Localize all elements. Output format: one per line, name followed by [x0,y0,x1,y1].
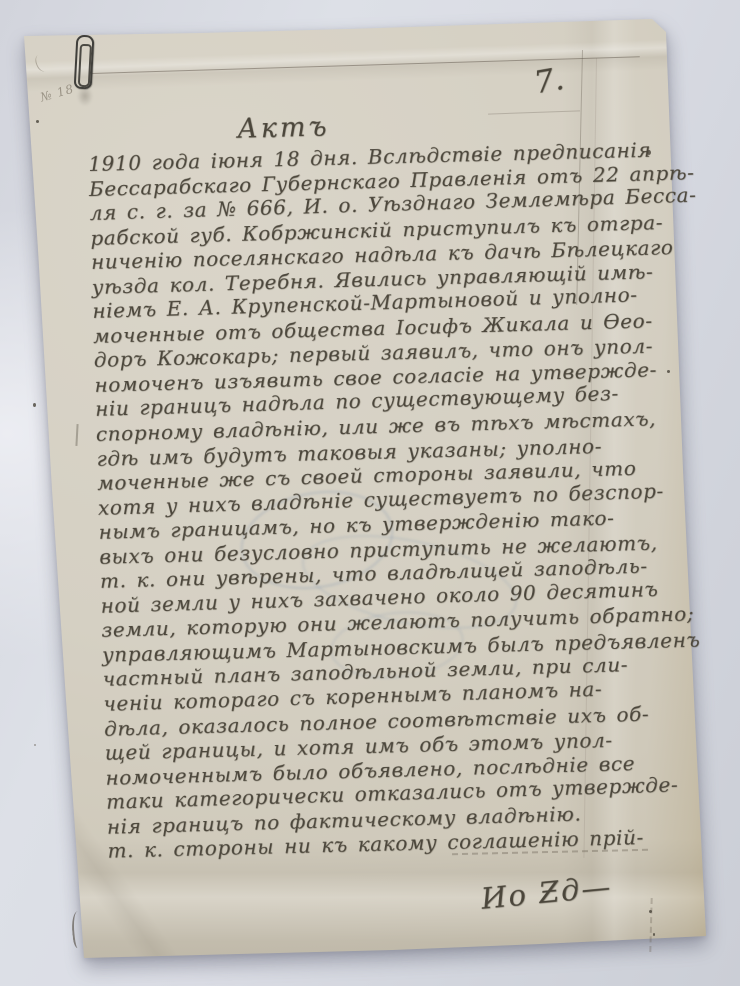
photo-of-handwritten-document: № 18 7. Актъ 1910 года іюня 18 дня. Вслѣ… [0,0,740,986]
paperclip [73,35,96,92]
ink-speck [33,403,36,407]
pencil-speck [34,744,36,746]
document-title: Актъ [183,110,384,147]
paperclip-inner-loop [78,44,92,88]
document-body: 1910 года іюня 18 дня. Вслѣдствіе предпи… [88,136,674,863]
signature: Ио Ƶд— [480,869,614,916]
ink-speck [36,120,39,123]
handwriting-layer: 7. Актъ 1910 года іюня 18 дня. Вслѣдстві… [88,136,676,951]
page-number: 7. [531,61,566,101]
ink-speck [667,370,670,373]
